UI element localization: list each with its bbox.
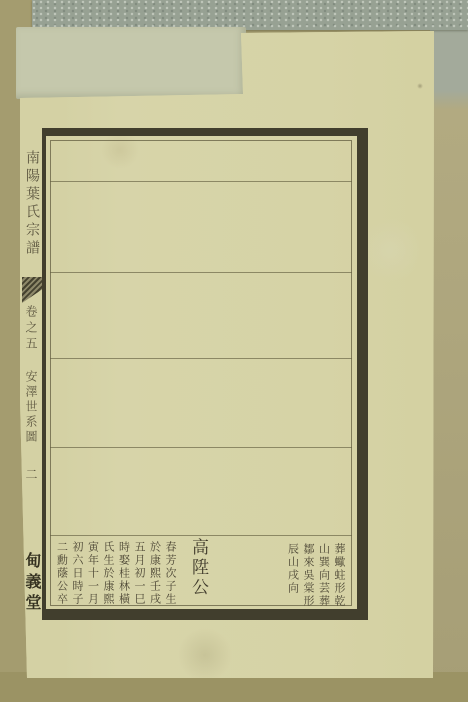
generation-row-line [50,447,352,448]
spine-leaf-number: 二 [20,466,42,486]
bio-note-column: 氏生於康熙 [100,541,116,611]
printed-inner-frame [50,140,352,606]
generation-row-line [50,535,352,536]
underlying-page-corner [16,27,246,99]
book-cover-edge [32,0,468,30]
bio-note-column: 於康熙壬戌 [146,541,162,611]
burial-note-column: 辰山戌向 [284,543,300,613]
spine-section-label: 安澤世系圖 [20,368,42,446]
burial-note-block: 葬蠍蛀形乾 山巽向芸葬 鄒來吳棠形 辰山戌向 [284,543,346,613]
generation-row-line [50,358,352,359]
spine-hall-name: 甸義堂 [20,550,42,616]
burial-note-column: 葬蠍蛀形乾 [331,543,347,613]
bio-note-column: 五月初一巳 [131,541,147,611]
bio-note-column: 初六日時子 [69,541,85,611]
bio-note-column: 時娶桂林橫 [115,541,131,611]
burial-note-column: 鄒來吳棠形 [300,543,316,613]
generation-row-line [50,272,352,273]
bio-note-block: 春芳次子生 於康熙壬戌 五月初一巳 時娶桂林橫 氏生於康熙 寅年十一月 初六日時… [53,541,177,611]
scanned-genealogy-page: 南陽葉氏宗譜 卷之五 安澤世系圖 二 甸義堂 葬蠍蛀形乾 山巽向芸葬 鄒來吳棠形… [0,0,468,702]
generation-row-line [50,181,352,182]
spine-book-title: 南陽葉氏宗譜 [20,148,42,260]
burial-note-column: 山巽向芸葬 [315,543,331,613]
bio-note-column: 春芳次子生 [162,541,178,611]
book-backing-right [430,0,468,702]
ancestor-name: 高陞公 [186,538,210,602]
spine-volume-label: 卷之五 [20,302,42,356]
bio-note-column: 寅年十一月 [84,541,100,611]
bio-note-column: 二勳蔭公卒 [53,541,69,611]
